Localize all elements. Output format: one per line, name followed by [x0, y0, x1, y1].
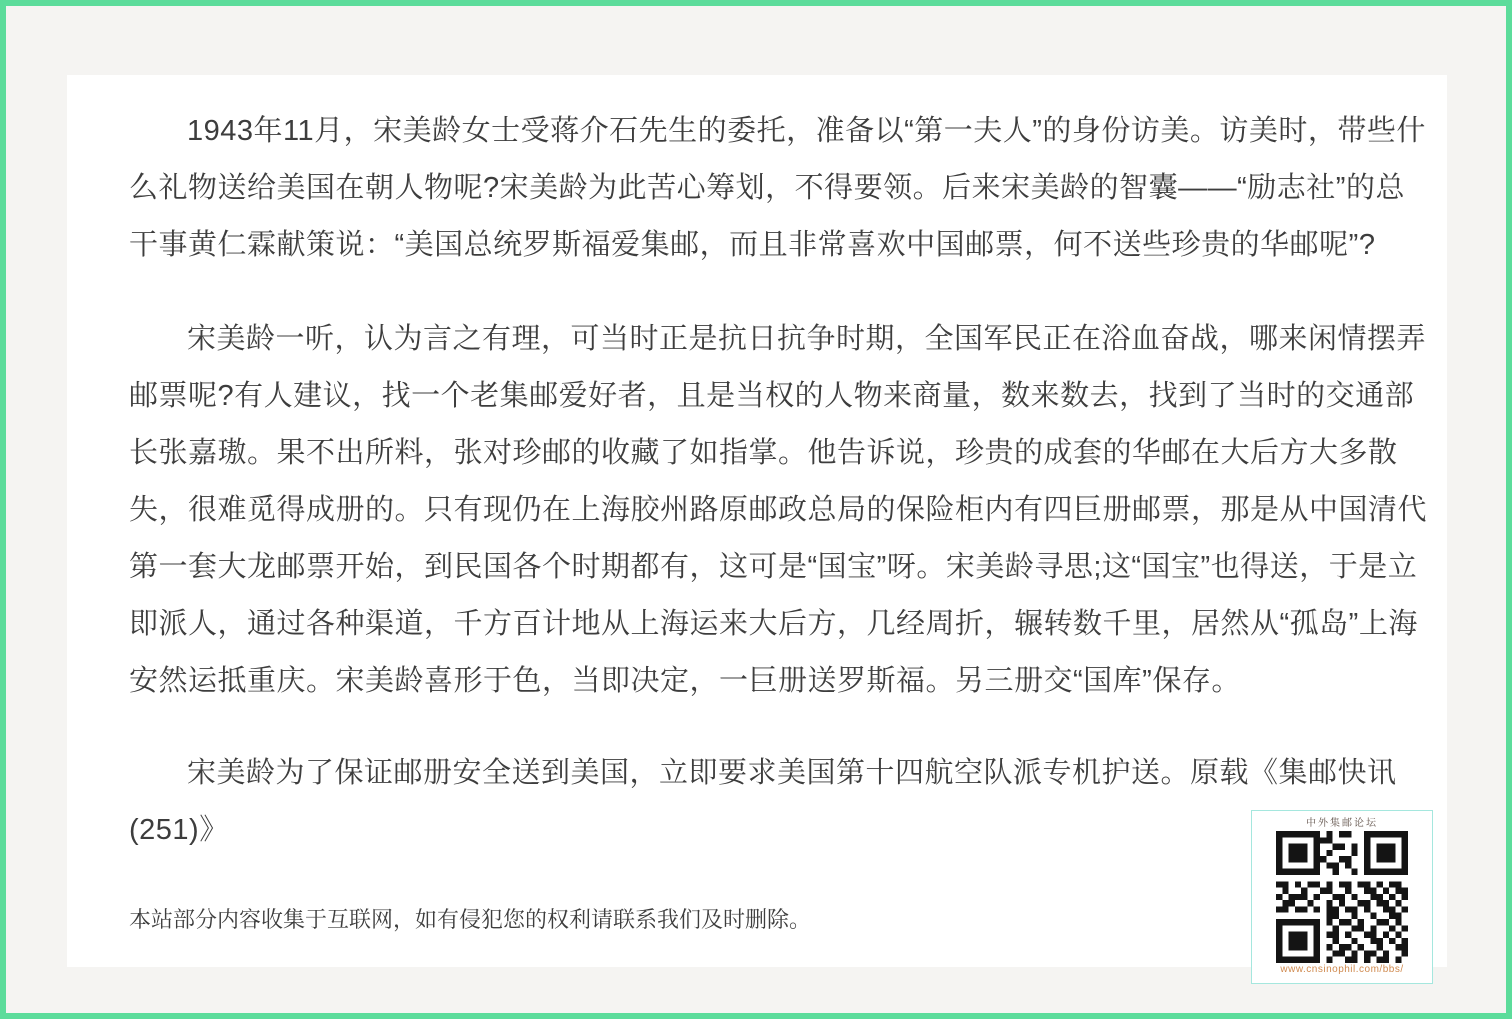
text-line: 1943年11月，宋美龄女士受蒋介石先生的委托，准备以“第一夫人”的身份访美。访… — [129, 103, 1437, 160]
qr-code — [1267, 831, 1417, 963]
text-line: 邮票呢?有人建议，找一个老集邮爱好者，且是当权的人物来商量，数来数去，找到了当时… — [129, 368, 1437, 425]
text-line: 宋美龄为了保证邮册安全送到美国，立即要求美国第十四航空队派专机护送。原载《集邮快… — [129, 745, 1437, 802]
text-line: 失，很难觅得成册的。只有现仍在上海胶州路原邮政总局的保险柜内有四巨册邮票，那是从… — [129, 482, 1437, 539]
qr-panel: 中外集邮论坛 — [1251, 810, 1433, 984]
text-line: 第一套大龙邮票开始，到民国各个时期都有，这可是“国宝”呀。宋美龄寻思;这“国宝”… — [129, 539, 1437, 596]
footer-disclaimer: 本站部分内容收集于互联网，如有侵犯您的权利请联系我们及时删除。 — [129, 905, 811, 935]
article-paragraph-2: 宋美龄一听，认为言之有理，可当时正是抗日抗争时期，全国军民正在浴血奋战，哪来闲情… — [129, 311, 1437, 710]
article-paragraph-3: 宋美龄为了保证邮册安全送到美国，立即要求美国第十四航空队派专机护送。原载《集邮快… — [129, 745, 1437, 859]
text-line: 长张嘉璈。果不出所料，张对珍邮的收藏了如指掌。他告诉说，珍贵的成套的华邮在大后方… — [129, 425, 1437, 482]
article-card: 1943年11月，宋美龄女士受蒋介石先生的委托，准备以“第一夫人”的身份访美。访… — [67, 75, 1447, 967]
text-line: 干事黄仁霖献策说：“美国总统罗斯福爱集邮，而且非常喜欢中国邮票，何不送些珍贵的华… — [129, 217, 1437, 274]
text-line: 安然运抵重庆。宋美龄喜形于色，当即决定，一巨册送罗斯福。另三册交“国库”保存。 — [129, 653, 1437, 710]
qr-panel-url: www.cnsinophil.com/bbs/ — [1280, 964, 1403, 975]
text-line: 么礼物送给美国在朝人物呢?宋美龄为此苦心筹划，不得要领。后来宋美龄的智囊——“励… — [129, 160, 1437, 217]
text-line: (251)》 — [129, 802, 1437, 859]
article-paragraph-1: 1943年11月，宋美龄女士受蒋介石先生的委托，准备以“第一夫人”的身份访美。访… — [129, 103, 1437, 274]
text-line: 即派人，通过各种渠道，千方百计地从上海运来大后方，几经周折，辗转数千里，居然从“… — [129, 596, 1437, 653]
page-frame: 1943年11月，宋美龄女士受蒋介石先生的委托，准备以“第一夫人”的身份访美。访… — [0, 0, 1512, 1019]
text-line: 宋美龄一听，认为言之有理，可当时正是抗日抗争时期，全国军民正在浴血奋战，哪来闲情… — [129, 311, 1437, 368]
qr-panel-title: 中外集邮论坛 — [1306, 814, 1378, 829]
